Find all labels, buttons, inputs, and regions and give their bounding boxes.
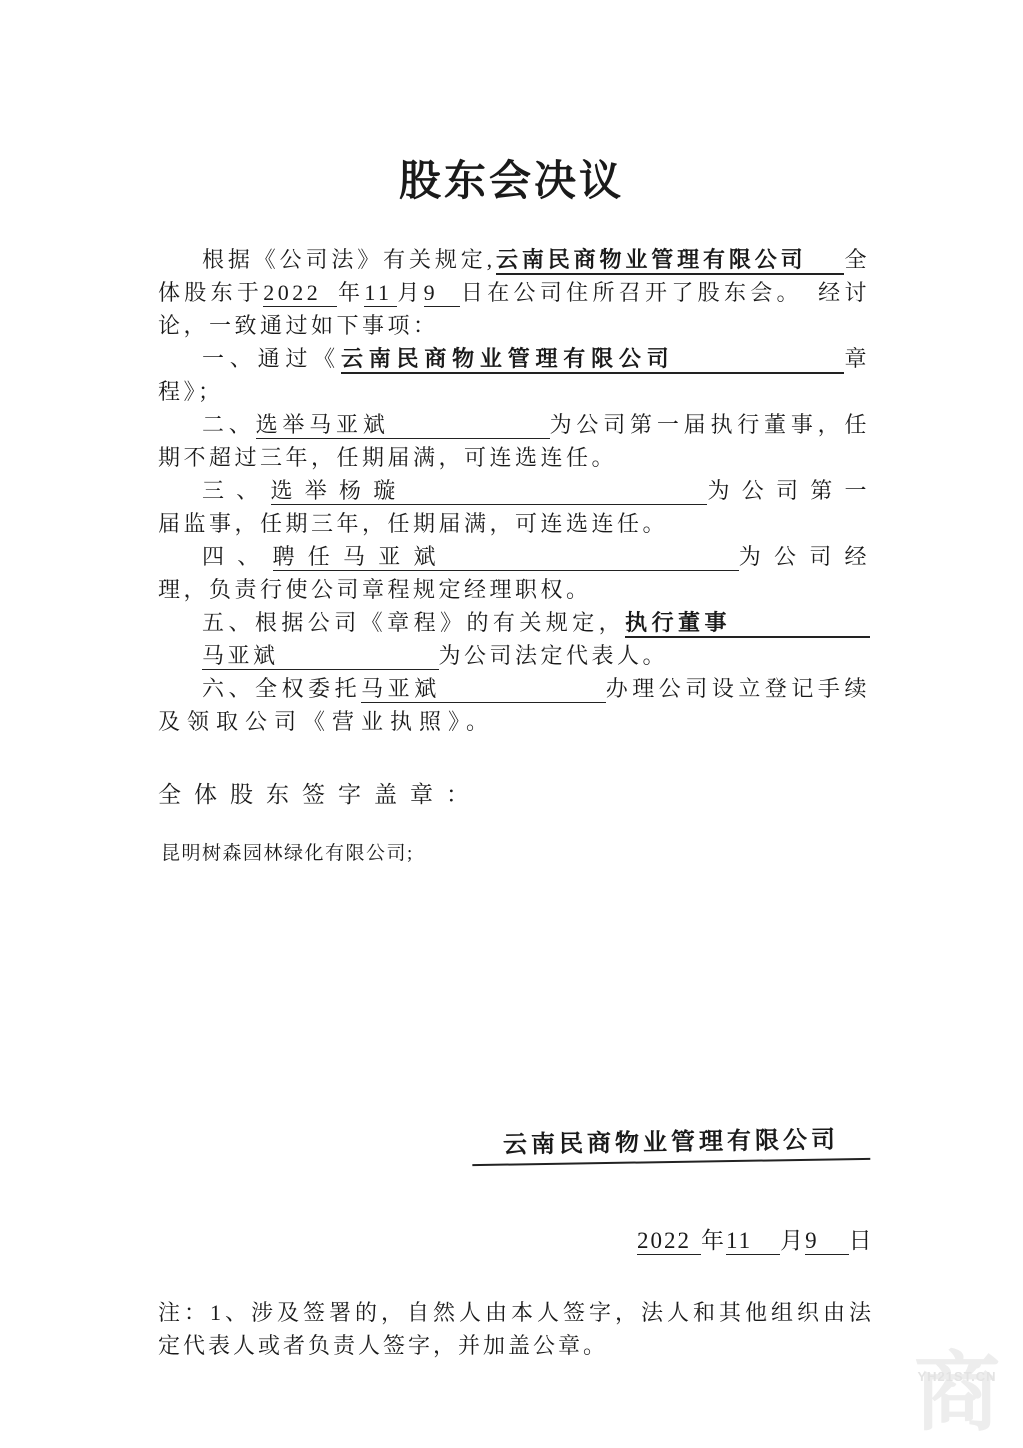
date-line: 2022年11月9日	[637, 1222, 874, 1255]
text-segment: 二、	[202, 412, 256, 437]
text-line: 期不超过三年，任期届满，可连选连任。	[158, 441, 870, 474]
text-segment: 一、通过《	[202, 346, 341, 371]
underlined-text: 2022	[637, 1228, 701, 1255]
text-line: 程》；	[158, 375, 870, 408]
company-signature: 云南民商物业管理有限公司	[472, 1119, 871, 1166]
watermark-shang-icon: 商	[913, 1347, 1001, 1435]
text-segment: 注：1、涉及签署的，自然人由本人签字，法人和其他组织由法	[158, 1300, 874, 1325]
text-line: 根据《公司法》有关规定,云南民商物业管理有限公司全	[158, 243, 870, 276]
text-segment: 为公司第一届执行董事，任	[550, 412, 870, 437]
text-line: 定代表人或者负责人签字，并加盖公章。	[158, 1329, 874, 1362]
text-segment: 及领取公司《营业执照》。	[158, 709, 495, 734]
underlined-text: 11	[364, 280, 396, 307]
underlined-text: 云南民商物业管理有限公司	[496, 247, 845, 275]
text-segment: 届监事，任期三年，任期届满，可连选连任。	[158, 511, 668, 536]
underlined-text: 选举马亚斌	[256, 412, 550, 439]
text-segment: 四、	[202, 544, 273, 569]
text-segment: 论，一致通过如下事项：	[158, 313, 439, 338]
text-line: 体股东于2022年11月9日在公司住所召开了股东会。 经讨	[158, 276, 870, 309]
text-line: 马亚斌为公司法定代表人。	[158, 639, 870, 672]
text-segment: 月	[397, 280, 424, 305]
text-segment: 定代表人或者负责人签字，并加盖公章。	[158, 1333, 608, 1358]
text-segment: 为公司法定代表人。	[439, 643, 669, 668]
watermark-site-text: YH21ST.CN	[899, 1369, 1015, 1384]
watermark: 商 YH21ST.CN	[913, 1347, 1001, 1435]
text-segment: 体股东于	[158, 280, 263, 305]
text-segment: 年	[337, 280, 364, 305]
signing-caption: 全体股东签字盖章：	[158, 776, 482, 809]
text-segment: 理，负责行使公司章程规定经理职权。	[158, 577, 592, 602]
text-segment: 办理公司设立登记手续	[606, 676, 870, 701]
text-line: 二、选举马亚斌为公司第一届执行董事，任	[158, 408, 870, 441]
text-segment: 六、全权委托	[202, 676, 361, 701]
text-line: 五、根据公司《章程》的有关规定，执行董事	[158, 606, 870, 639]
text-line: 及领取公司《营业执照》。	[158, 705, 870, 738]
underlined-text: 2022	[263, 280, 337, 307]
text-line: 三、选举杨璇为公司第一	[158, 474, 870, 507]
text-segment: 根据《公司法》有关规定,	[202, 247, 496, 272]
underlined-text: 11	[726, 1228, 780, 1255]
shareholder-name: 昆明树森园林绿化有限公司;	[161, 838, 414, 865]
text-line: 理，负责行使公司章程规定经理职权。	[158, 573, 870, 606]
text-segment: 期不超过三年，任期届满，可连选连任。	[158, 445, 617, 470]
text-segment: 月	[780, 1228, 805, 1253]
underlined-text: 9	[424, 280, 461, 307]
underlined-text: 选举杨璇	[271, 478, 708, 505]
text-segment: 五、根据公司《章程》的有关规定，	[202, 610, 625, 635]
underlined-text: 马亚斌	[202, 643, 439, 670]
underlined-text: 云南民商物业管理有限公司	[341, 346, 845, 374]
underlined-text: 执行董事	[625, 610, 870, 638]
text-line: 届监事，任期三年，任期届满，可连选连任。	[158, 507, 870, 540]
text-segment: 日	[849, 1228, 874, 1253]
resolution-body: 根据《公司法》有关规定,云南民商物业管理有限公司全体股东于2022年11月9日在…	[158, 243, 870, 738]
underlined-text: 9	[805, 1228, 849, 1255]
text-segment: 年	[701, 1228, 726, 1253]
underlined-text: 聘任马亚斌	[273, 544, 739, 571]
note-text: 注：1、涉及签署的，自然人由本人签字，法人和其他组织由法定代表人或者负责人签字，…	[158, 1296, 874, 1362]
text-segment: 日在公司住所召开了股东会。 经讨	[460, 280, 870, 305]
text-line: 一、通过《云南民商物业管理有限公司章	[158, 342, 870, 375]
text-segment: 为公司第一	[707, 478, 869, 503]
text-line: 六、全权委托马亚斌办理公司设立登记手续	[158, 672, 870, 705]
text-line: 四、聘任马亚斌为公司经	[158, 540, 870, 573]
text-segment: 全	[844, 247, 870, 272]
document-title: 股东会决议	[0, 148, 1023, 208]
text-segment: 程》；	[158, 379, 224, 404]
text-segment: 章	[844, 346, 870, 371]
text-line: 2022年11月9日	[637, 1222, 874, 1255]
text-segment: 三、	[202, 478, 271, 503]
text-line: 注：1、涉及签署的，自然人由本人签字，法人和其他组织由法	[158, 1296, 874, 1329]
text-line: 论，一致通过如下事项：	[158, 309, 870, 342]
underlined-text: 马亚斌	[361, 676, 606, 703]
text-segment: 为公司经	[739, 544, 870, 569]
document-page: 股东会决议 根据《公司法》有关规定,云南民商物业管理有限公司全体股东于2022年…	[0, 0, 1023, 1448]
